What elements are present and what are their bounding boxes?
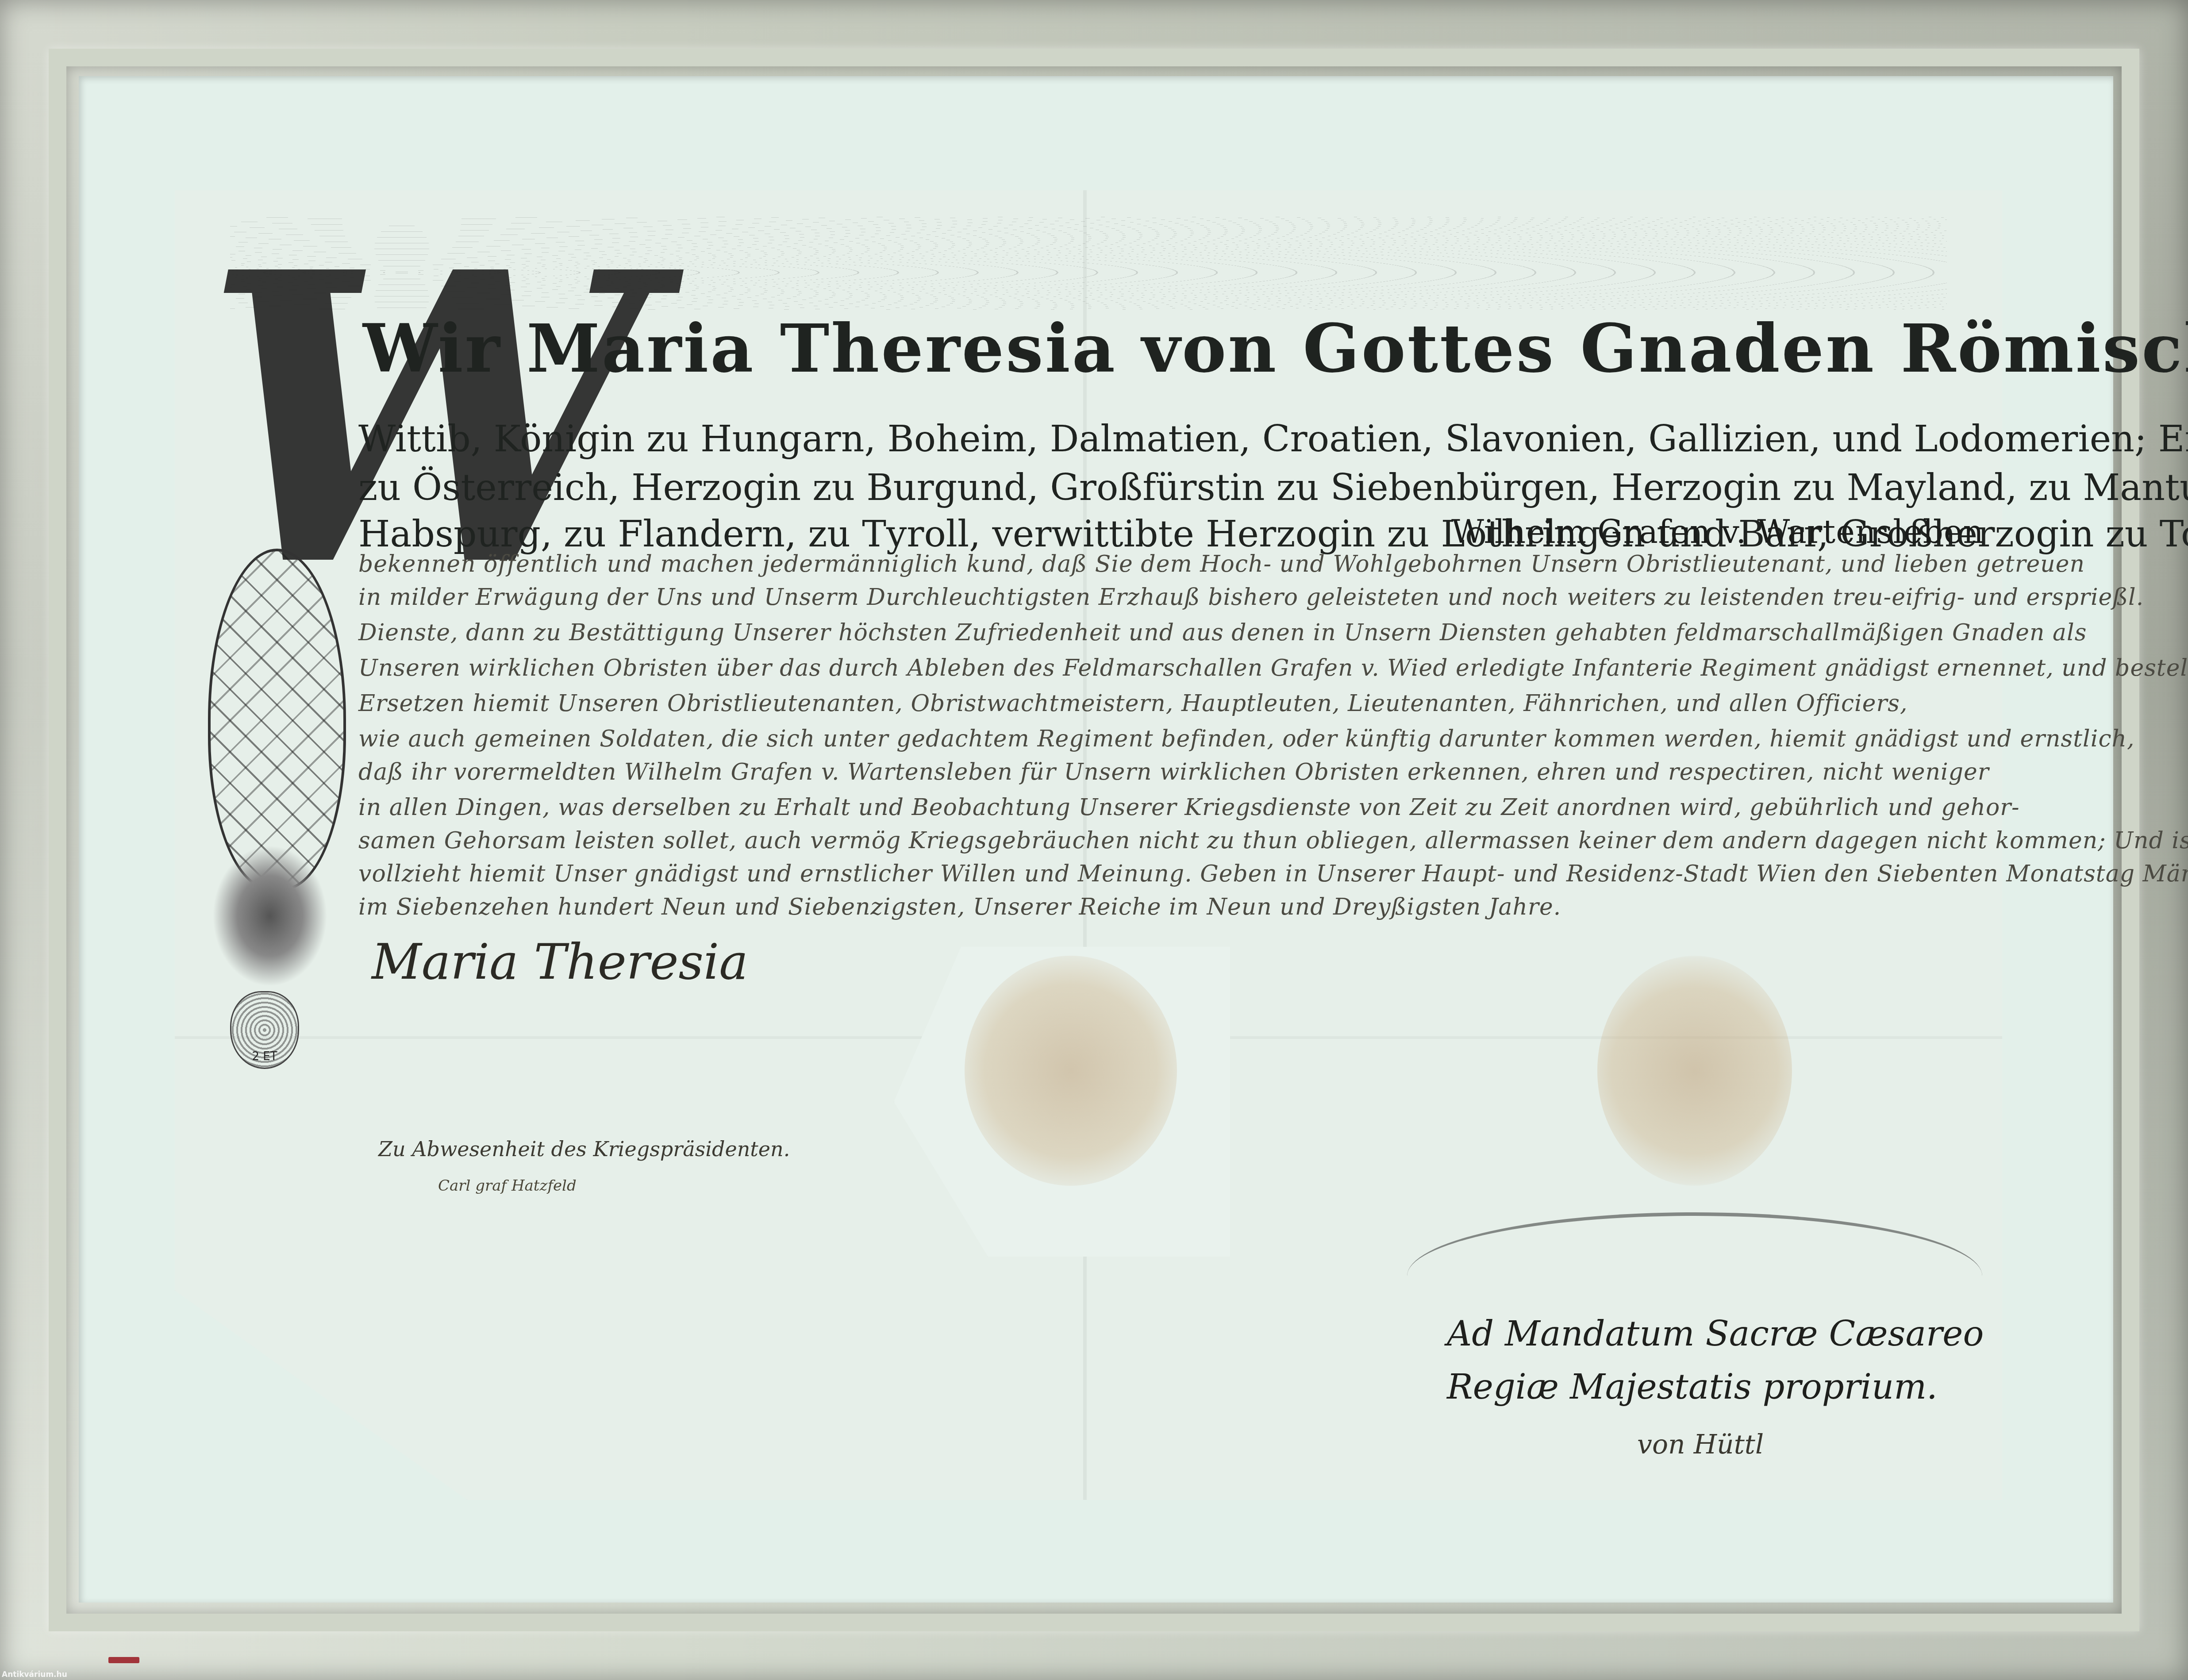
paper-seal-left-icon — [965, 956, 1177, 1186]
lattice-cartouche-ornament — [208, 549, 346, 890]
latin-line-1: Ad Mandatum Sacræ Cæsareo — [1447, 1314, 1984, 1354]
countersign-note: Zu Abwesenheit des Kriegspräsidenten. — [378, 1137, 790, 1161]
title-line-2: zu Österreich, Herzogin zu Burgund, Groß… — [358, 467, 2188, 509]
military-trophy-engraving — [212, 845, 327, 987]
countersign-name: Carl graf Hatzfeld — [438, 1177, 577, 1195]
body-line: Dienste, dann zu Bestättigung Unserer hö… — [358, 619, 2087, 646]
latin-closing-block: Ad Mandatum Sacræ Cæsareo Regiæ Majestat… — [1380, 1203, 2000, 1513]
body-line: daß ihr vorermeldten Wilhelm Grafen v. W… — [358, 759, 1989, 785]
body-line: bekennen öffentlich und machen jedermänn… — [358, 551, 2085, 577]
watermark-text: Antikvárium.hu — [2, 1670, 67, 1679]
body-line: im Siebenzehen hundert Neun und Siebenzi… — [358, 894, 1561, 920]
title-line-1: Wittib, Königin zu Hungarn, Boheim, Dalm… — [358, 418, 2188, 460]
body-line: samen Gehorsam leisten sollet, auch verm… — [358, 827, 2188, 854]
recipient-name-header: Wilhelm Grafen v. Wartensleben — [1451, 513, 1984, 550]
body-line: wie auch gemeinen Soldaten, die sich unt… — [358, 726, 2135, 752]
double-eagle-stamp-icon: 2 ET — [230, 991, 299, 1069]
paper-seal-right-icon — [1597, 956, 1792, 1186]
frame-red-label — [108, 1657, 139, 1663]
document-heading: Wir Maria Theresia von Gottes Gnaden Röm… — [363, 310, 2188, 388]
latin-line-2: Regiæ Majestatis proprium. — [1447, 1367, 1938, 1407]
stamp-label: 2 ET — [231, 1050, 298, 1063]
body-line: vollzieht hiemit Unser gnädigst und erns… — [358, 861, 2188, 887]
body-line: Unseren wirklichen Obristen über das dur… — [358, 655, 2188, 681]
body-line: in allen Dingen, was derselben zu Erhalt… — [358, 794, 2020, 821]
secretary-signature: von Hüttl — [1637, 1429, 1764, 1460]
body-line: in milder Erwägung der Uns und Unserm Du… — [358, 584, 2144, 611]
imperial-signature: Maria Theresia — [372, 934, 748, 990]
body-line: Ersetzen hiemit Unseren Obristlieutenant… — [358, 690, 1908, 717]
